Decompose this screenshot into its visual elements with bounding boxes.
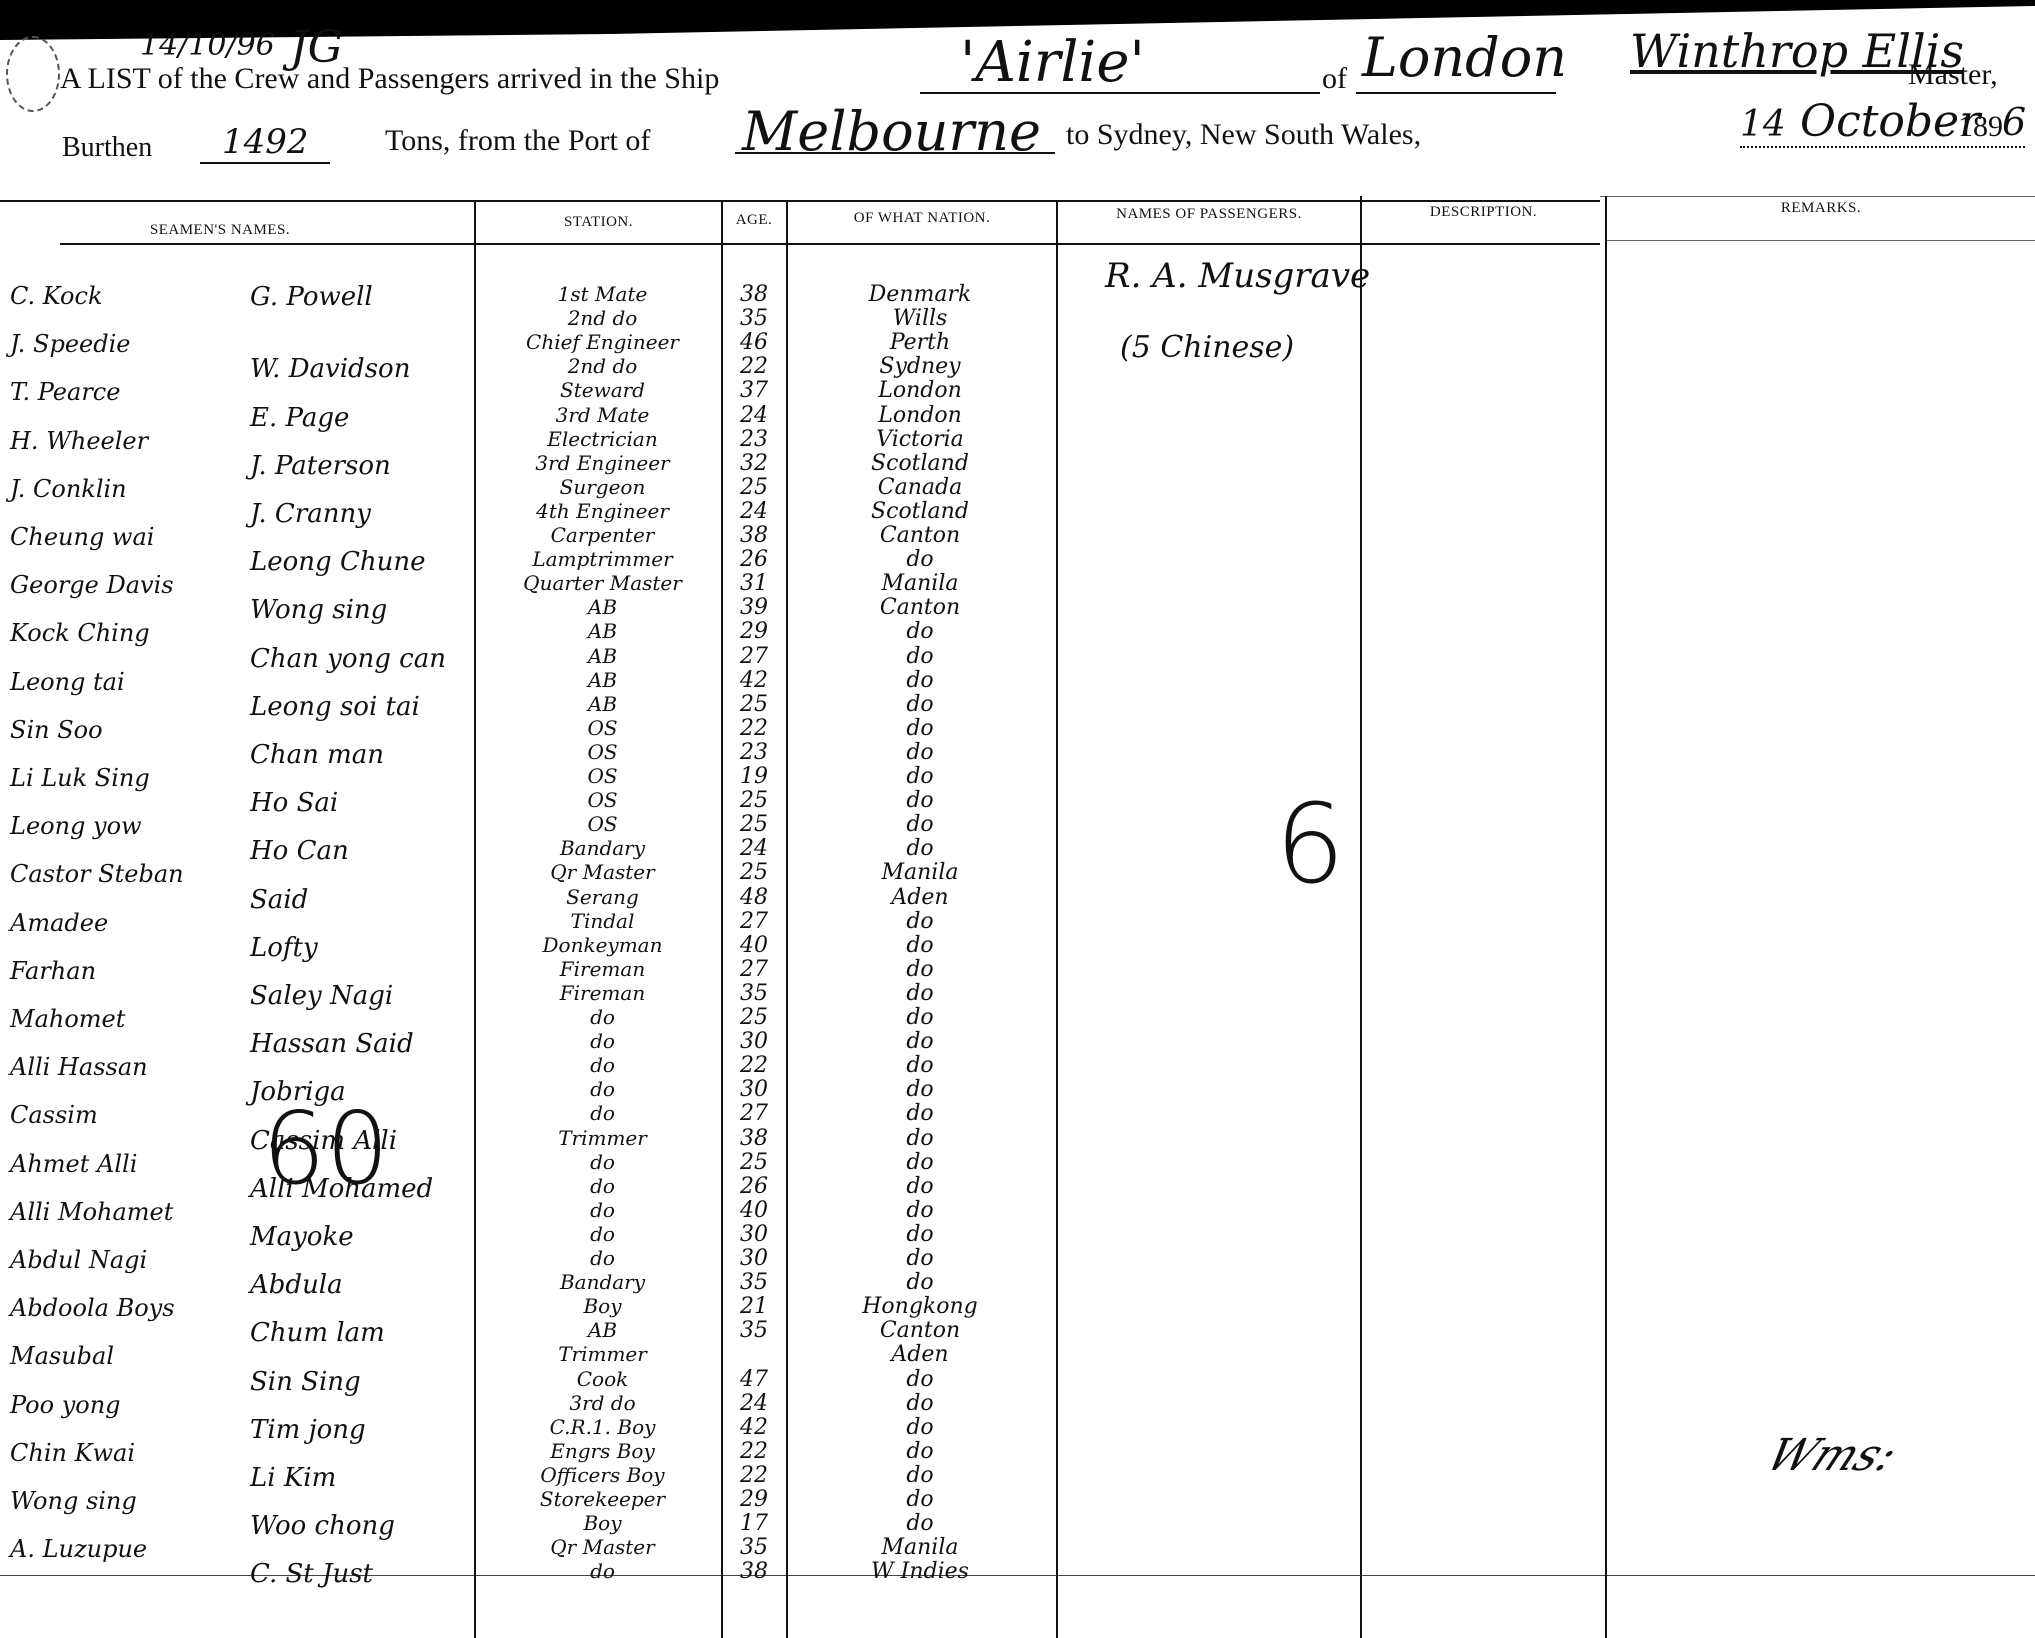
divider-nation bbox=[786, 202, 788, 1638]
seaman-name: Chan man bbox=[250, 740, 384, 770]
station-cell: AB bbox=[490, 692, 715, 716]
station-cell: OS bbox=[490, 788, 715, 812]
station-cell: AB bbox=[490, 1318, 715, 1342]
nation-cell: do bbox=[800, 1391, 1040, 1416]
nation-cell: do bbox=[800, 764, 1040, 789]
nation-cell: do bbox=[800, 692, 1040, 717]
divider-passengers bbox=[1056, 200, 1058, 1638]
station-cell: AB bbox=[490, 644, 715, 668]
nation-cell: do bbox=[800, 957, 1040, 982]
nation-cell: do bbox=[800, 1029, 1040, 1054]
age-cell: 31 bbox=[726, 571, 782, 596]
age-cell: 25 bbox=[726, 692, 782, 717]
age-cell: 22 bbox=[726, 1439, 782, 1464]
nation-cell: do bbox=[800, 1415, 1040, 1440]
arrival-month: October bbox=[1800, 96, 1980, 147]
station-cell: Serang bbox=[490, 885, 715, 909]
station-cell: do bbox=[490, 1150, 715, 1174]
nation-cell: do bbox=[800, 1053, 1040, 1078]
table-top-rule-right bbox=[1600, 196, 2035, 197]
station-cell: Fireman bbox=[490, 981, 715, 1005]
age-cell: 23 bbox=[726, 427, 782, 452]
nation-cell: Aden bbox=[800, 885, 1040, 910]
passenger-note: (5 Chinese) bbox=[1120, 330, 1294, 365]
nation-cell: do bbox=[800, 1511, 1040, 1536]
seaman-name: Li Kim bbox=[250, 1463, 336, 1493]
station-cell: AB bbox=[490, 619, 715, 643]
seaman-name: Chin Kwai bbox=[10, 1439, 135, 1467]
home-port: London bbox=[1362, 26, 1567, 89]
seaman-name: Castor Steban bbox=[10, 860, 184, 888]
nation-cell: Canton bbox=[800, 1318, 1040, 1343]
age-cell: 30 bbox=[726, 1029, 782, 1054]
nation-cell: do bbox=[800, 836, 1040, 861]
from-port: Melbourne bbox=[742, 100, 1041, 163]
seaman-name: Lofty bbox=[250, 933, 318, 963]
seaman-name: Mayoke bbox=[250, 1222, 354, 1252]
station-cell: Donkeyman bbox=[490, 933, 715, 957]
age-cell: 42 bbox=[726, 1415, 782, 1440]
age-cell: 35 bbox=[726, 306, 782, 331]
station-cell: Bandary bbox=[490, 836, 715, 860]
official-stamp bbox=[6, 36, 60, 112]
seaman-name: Wong sing bbox=[250, 595, 387, 625]
seaman-name: Leong yow bbox=[10, 812, 142, 840]
passenger-name: R. A. Musgrave bbox=[1105, 256, 1370, 296]
station-cell: Lamptrimmer bbox=[490, 547, 715, 571]
station-cell: do bbox=[490, 1053, 715, 1077]
seaman-name: Cheung wai bbox=[10, 523, 154, 551]
age-cell: 25 bbox=[726, 812, 782, 837]
nation-cell: do bbox=[800, 1101, 1040, 1126]
seaman-name: Ahmet Alli bbox=[10, 1150, 137, 1178]
seaman-name: Abdula bbox=[250, 1270, 343, 1300]
station-cell: Storekeeper bbox=[490, 1487, 715, 1511]
age-cell: 22 bbox=[726, 1463, 782, 1488]
station-cell: do bbox=[490, 1101, 715, 1125]
station-cell: OS bbox=[490, 812, 715, 836]
age-cell: 35 bbox=[726, 1270, 782, 1295]
station-cell: Electrician bbox=[490, 427, 715, 451]
nation-cell: London bbox=[800, 403, 1040, 428]
seaman-name: Leong tai bbox=[10, 668, 125, 696]
divider-age bbox=[721, 202, 723, 1638]
nation-cell: do bbox=[800, 1463, 1040, 1488]
seaman-name: T. Pearce bbox=[10, 378, 120, 406]
age-cell: 29 bbox=[726, 1487, 782, 1512]
seaman-name: J. Cranny bbox=[250, 499, 371, 529]
burthen-line bbox=[200, 162, 330, 164]
station-cell: Bandary bbox=[490, 1270, 715, 1294]
nation-cell: Denmark bbox=[800, 282, 1040, 307]
age-cell: 19 bbox=[726, 764, 782, 789]
station-cell: 3rd Mate bbox=[490, 403, 715, 427]
nation-cell: do bbox=[800, 1367, 1040, 1392]
age-cell: 26 bbox=[726, 547, 782, 572]
station-cell: AB bbox=[490, 595, 715, 619]
station-cell: Qr Master bbox=[490, 1535, 715, 1559]
seaman-name: A. Luzupue bbox=[10, 1535, 147, 1563]
station-cell: Chief Engineer bbox=[490, 330, 715, 354]
seaman-name: Sin Sing bbox=[250, 1367, 361, 1397]
age-cell: 22 bbox=[726, 716, 782, 741]
nation-cell: do bbox=[800, 1198, 1040, 1223]
age-cell: 38 bbox=[726, 1126, 782, 1151]
age-cell: 27 bbox=[726, 957, 782, 982]
seaman-name: George Davis bbox=[10, 571, 174, 599]
age-cell: 29 bbox=[726, 619, 782, 644]
nation-cell: Canton bbox=[800, 523, 1040, 548]
seaman-name: Hassan Said bbox=[250, 1029, 414, 1059]
col-seamens-names: Seamen's Names. bbox=[120, 222, 320, 239]
age-cell: 24 bbox=[726, 499, 782, 524]
seaman-name: Chum lam bbox=[250, 1318, 385, 1348]
seaman-name: Masubal bbox=[10, 1342, 114, 1370]
age-cell: 30 bbox=[726, 1077, 782, 1102]
age-cell: 32 bbox=[726, 451, 782, 476]
seaman-name: Amadee bbox=[10, 909, 108, 937]
seaman-name: J. Speedie bbox=[10, 330, 130, 358]
age-cell: 48 bbox=[726, 885, 782, 910]
col-nation: Of What Nation. bbox=[788, 210, 1056, 227]
seaman-name: J. Conklin bbox=[10, 475, 127, 503]
station-cell: AB bbox=[490, 668, 715, 692]
age-cell: 47 bbox=[726, 1367, 782, 1392]
seaman-name: Alli Mohamet bbox=[10, 1198, 173, 1226]
nation-cell: Sydney bbox=[800, 354, 1040, 379]
station-cell: do bbox=[490, 1559, 715, 1583]
seaman-name: E. Page bbox=[250, 403, 349, 433]
age-cell: 38 bbox=[726, 1559, 782, 1584]
station-cell: Engrs Boy bbox=[490, 1439, 715, 1463]
ship-name: 'Airlie' bbox=[960, 30, 1145, 95]
station-cell: OS bbox=[490, 740, 715, 764]
nation-cell: do bbox=[800, 981, 1040, 1006]
station-cell: Tindal bbox=[490, 909, 715, 933]
station-cell: Cook bbox=[490, 1367, 715, 1391]
nation-cell: Canton bbox=[800, 595, 1040, 620]
station-cell: C.R.1. Boy bbox=[490, 1415, 715, 1439]
master-label: Master, bbox=[1908, 58, 1998, 92]
nation-cell: do bbox=[800, 1077, 1040, 1102]
nation-cell: do bbox=[800, 812, 1040, 837]
station-cell: 1st Mate bbox=[490, 282, 715, 306]
station-cell: Surgeon bbox=[490, 475, 715, 499]
age-cell: 35 bbox=[726, 1318, 782, 1343]
age-cell: 37 bbox=[726, 378, 782, 403]
nation-cell: do bbox=[800, 788, 1040, 813]
list-title-prefix: A LIST of the Crew and Passengers arrive… bbox=[60, 62, 719, 96]
seaman-name: Poo yong bbox=[10, 1391, 121, 1419]
age-cell: 24 bbox=[726, 403, 782, 428]
station-cell: 2nd do bbox=[490, 306, 715, 330]
station-cell: do bbox=[490, 1077, 715, 1101]
home-port-line bbox=[1356, 92, 1556, 94]
nation-cell: do bbox=[800, 547, 1040, 572]
station-cell: 4th Engineer bbox=[490, 499, 715, 523]
nation-cell: do bbox=[800, 1270, 1040, 1295]
seaman-name: Ho Sai bbox=[250, 788, 338, 818]
age-cell: 24 bbox=[726, 836, 782, 861]
seaman-name: Wong sing bbox=[10, 1487, 137, 1515]
station-cell: Officers Boy bbox=[490, 1463, 715, 1487]
seaman-name: Farhan bbox=[10, 957, 96, 985]
nation-cell: Manila bbox=[800, 860, 1040, 885]
seaman-name: Leong Chune bbox=[250, 547, 425, 577]
divider-description bbox=[1360, 196, 1362, 1638]
divider-remarks bbox=[1605, 196, 1607, 1638]
nation-cell: do bbox=[800, 1005, 1040, 1030]
station-cell: do bbox=[490, 1198, 715, 1222]
station-cell: do bbox=[490, 1174, 715, 1198]
age-cell: 39 bbox=[726, 595, 782, 620]
nation-cell: Scotland bbox=[800, 451, 1040, 476]
station-cell: do bbox=[490, 1222, 715, 1246]
station-cell: do bbox=[490, 1005, 715, 1029]
station-cell: 2nd do bbox=[490, 354, 715, 378]
burthen-tons: 1492 bbox=[222, 122, 309, 162]
age-cell: 25 bbox=[726, 1150, 782, 1175]
nation-cell: do bbox=[800, 740, 1040, 765]
station-cell: Steward bbox=[490, 378, 715, 402]
nation-cell: Victoria bbox=[800, 427, 1040, 452]
age-cell: 25 bbox=[726, 860, 782, 885]
seaman-name: Said bbox=[250, 885, 308, 915]
nation-cell: Hongkong bbox=[800, 1294, 1040, 1319]
age-cell: 30 bbox=[726, 1222, 782, 1247]
station-cell: OS bbox=[490, 716, 715, 740]
col-description: Description. bbox=[1362, 204, 1605, 221]
nation-cell: do bbox=[800, 668, 1040, 693]
age-cell: 21 bbox=[726, 1294, 782, 1319]
nation-cell: Manila bbox=[800, 571, 1040, 596]
nation-cell: do bbox=[800, 933, 1040, 958]
nation-cell: do bbox=[800, 619, 1040, 644]
age-cell: 25 bbox=[726, 1005, 782, 1030]
station-cell: 3rd Engineer bbox=[490, 451, 715, 475]
nation-cell: Aden bbox=[800, 1342, 1040, 1367]
seaman-name: H. Wheeler bbox=[10, 427, 148, 455]
seaman-name: Kock Ching bbox=[10, 619, 150, 647]
passenger-count-annotation: 6 bbox=[1275, 780, 1345, 908]
to-sydney-label: to Sydney, New South Wales, bbox=[1066, 118, 1421, 152]
age-cell: 27 bbox=[726, 644, 782, 669]
header-bottom-rule-right bbox=[1605, 240, 2035, 241]
station-cell: OS bbox=[490, 764, 715, 788]
age-cell: 35 bbox=[726, 981, 782, 1006]
seaman-name: C. Kock bbox=[10, 282, 102, 310]
age-cell: 40 bbox=[726, 933, 782, 958]
seaman-name: Abdoola Boys bbox=[10, 1294, 175, 1322]
nation-cell: do bbox=[800, 644, 1040, 669]
nation-cell: do bbox=[800, 716, 1040, 741]
station-cell: Boy bbox=[490, 1511, 715, 1535]
station-cell: Fireman bbox=[490, 957, 715, 981]
age-cell: 25 bbox=[726, 788, 782, 813]
seaman-name: J. Paterson bbox=[250, 451, 391, 481]
seaman-name: C. St Just bbox=[250, 1559, 373, 1589]
seaman-name: Woo chong bbox=[250, 1511, 395, 1541]
arrival-year-hand: 6 bbox=[2002, 100, 2026, 144]
nation-cell: do bbox=[800, 1174, 1040, 1199]
seaman-name: Leong soi tai bbox=[250, 692, 420, 722]
col-age: Age. bbox=[722, 212, 786, 229]
nation-cell: do bbox=[800, 909, 1040, 934]
seaman-name: Ho Can bbox=[250, 836, 349, 866]
nation-cell: W Indies bbox=[800, 1559, 1040, 1584]
age-cell: 27 bbox=[726, 909, 782, 934]
nation-cell: Wills bbox=[800, 306, 1040, 331]
station-cell: Trimmer bbox=[490, 1342, 715, 1366]
tons-from-port-label: Tons, from the Port of bbox=[385, 124, 650, 158]
nation-cell: Manila bbox=[800, 1535, 1040, 1560]
seaman-name: W. Davidson bbox=[250, 354, 410, 384]
age-cell: 26 bbox=[726, 1174, 782, 1199]
age-cell: 22 bbox=[726, 354, 782, 379]
station-cell: Quarter Master bbox=[490, 571, 715, 595]
seaman-name: Saley Nagi bbox=[250, 981, 393, 1011]
nation-cell: do bbox=[800, 1150, 1040, 1175]
station-cell: Trimmer bbox=[490, 1126, 715, 1150]
nation-cell: do bbox=[800, 1222, 1040, 1247]
age-cell: 23 bbox=[726, 740, 782, 765]
nation-cell: London bbox=[800, 378, 1040, 403]
station-cell: 3rd do bbox=[490, 1391, 715, 1415]
age-cell: 25 bbox=[726, 475, 782, 500]
nation-cell: Scotland bbox=[800, 499, 1040, 524]
remarks-initials: Wms: bbox=[1758, 1430, 1906, 1481]
seaman-name: Abdul Nagi bbox=[10, 1246, 147, 1274]
age-cell: 30 bbox=[726, 1246, 782, 1271]
age-cell: 24 bbox=[726, 1391, 782, 1416]
age-cell: 38 bbox=[726, 523, 782, 548]
seaman-name: Sin Soo bbox=[10, 716, 103, 744]
station-cell: Qr Master bbox=[490, 860, 715, 884]
arrival-day: 14 bbox=[1740, 104, 1786, 145]
crew-count-annotation: 60 bbox=[262, 1090, 389, 1207]
age-cell: 38 bbox=[726, 282, 782, 307]
age-cell: 35 bbox=[726, 1535, 782, 1560]
burthen-label: Burthen bbox=[62, 132, 152, 164]
age-cell: 40 bbox=[726, 1198, 782, 1223]
seaman-name: Alli Hassan bbox=[10, 1053, 148, 1081]
nation-cell: Canada bbox=[800, 475, 1040, 500]
station-cell: Boy bbox=[490, 1294, 715, 1318]
station-cell: do bbox=[490, 1246, 715, 1270]
seaman-name: Tim jong bbox=[250, 1415, 366, 1445]
nation-cell: do bbox=[800, 1246, 1040, 1271]
date-annotation: 14/10/96 bbox=[140, 28, 275, 63]
seaman-name: G. Powell bbox=[250, 282, 373, 312]
seaman-name: Chan yong can bbox=[250, 644, 446, 674]
seaman-name: Mahomet bbox=[10, 1005, 125, 1033]
divider-station bbox=[474, 202, 476, 1638]
nation-cell: Perth bbox=[800, 330, 1040, 355]
col-remarks: Remarks. bbox=[1607, 200, 2035, 217]
age-cell: 46 bbox=[726, 330, 782, 355]
nation-cell: do bbox=[800, 1126, 1040, 1151]
age-cell: 22 bbox=[726, 1053, 782, 1078]
header-bottom-rule bbox=[60, 243, 1600, 245]
arrival-year-printed: 189 bbox=[1958, 110, 2003, 144]
seaman-name: Li Luk Sing bbox=[10, 764, 150, 792]
station-cell: do bbox=[490, 1029, 715, 1053]
age-cell: 42 bbox=[726, 668, 782, 693]
age-cell: 27 bbox=[726, 1101, 782, 1126]
nation-cell: do bbox=[800, 1487, 1040, 1512]
col-station: Station. bbox=[476, 214, 721, 231]
of-label: of bbox=[1322, 62, 1347, 96]
nation-cell: do bbox=[800, 1439, 1040, 1464]
age-cell: 17 bbox=[726, 1511, 782, 1536]
seaman-name: Cassim bbox=[10, 1101, 98, 1129]
station-cell: Carpenter bbox=[490, 523, 715, 547]
col-passengers: Names of Passengers. bbox=[1058, 206, 1360, 223]
